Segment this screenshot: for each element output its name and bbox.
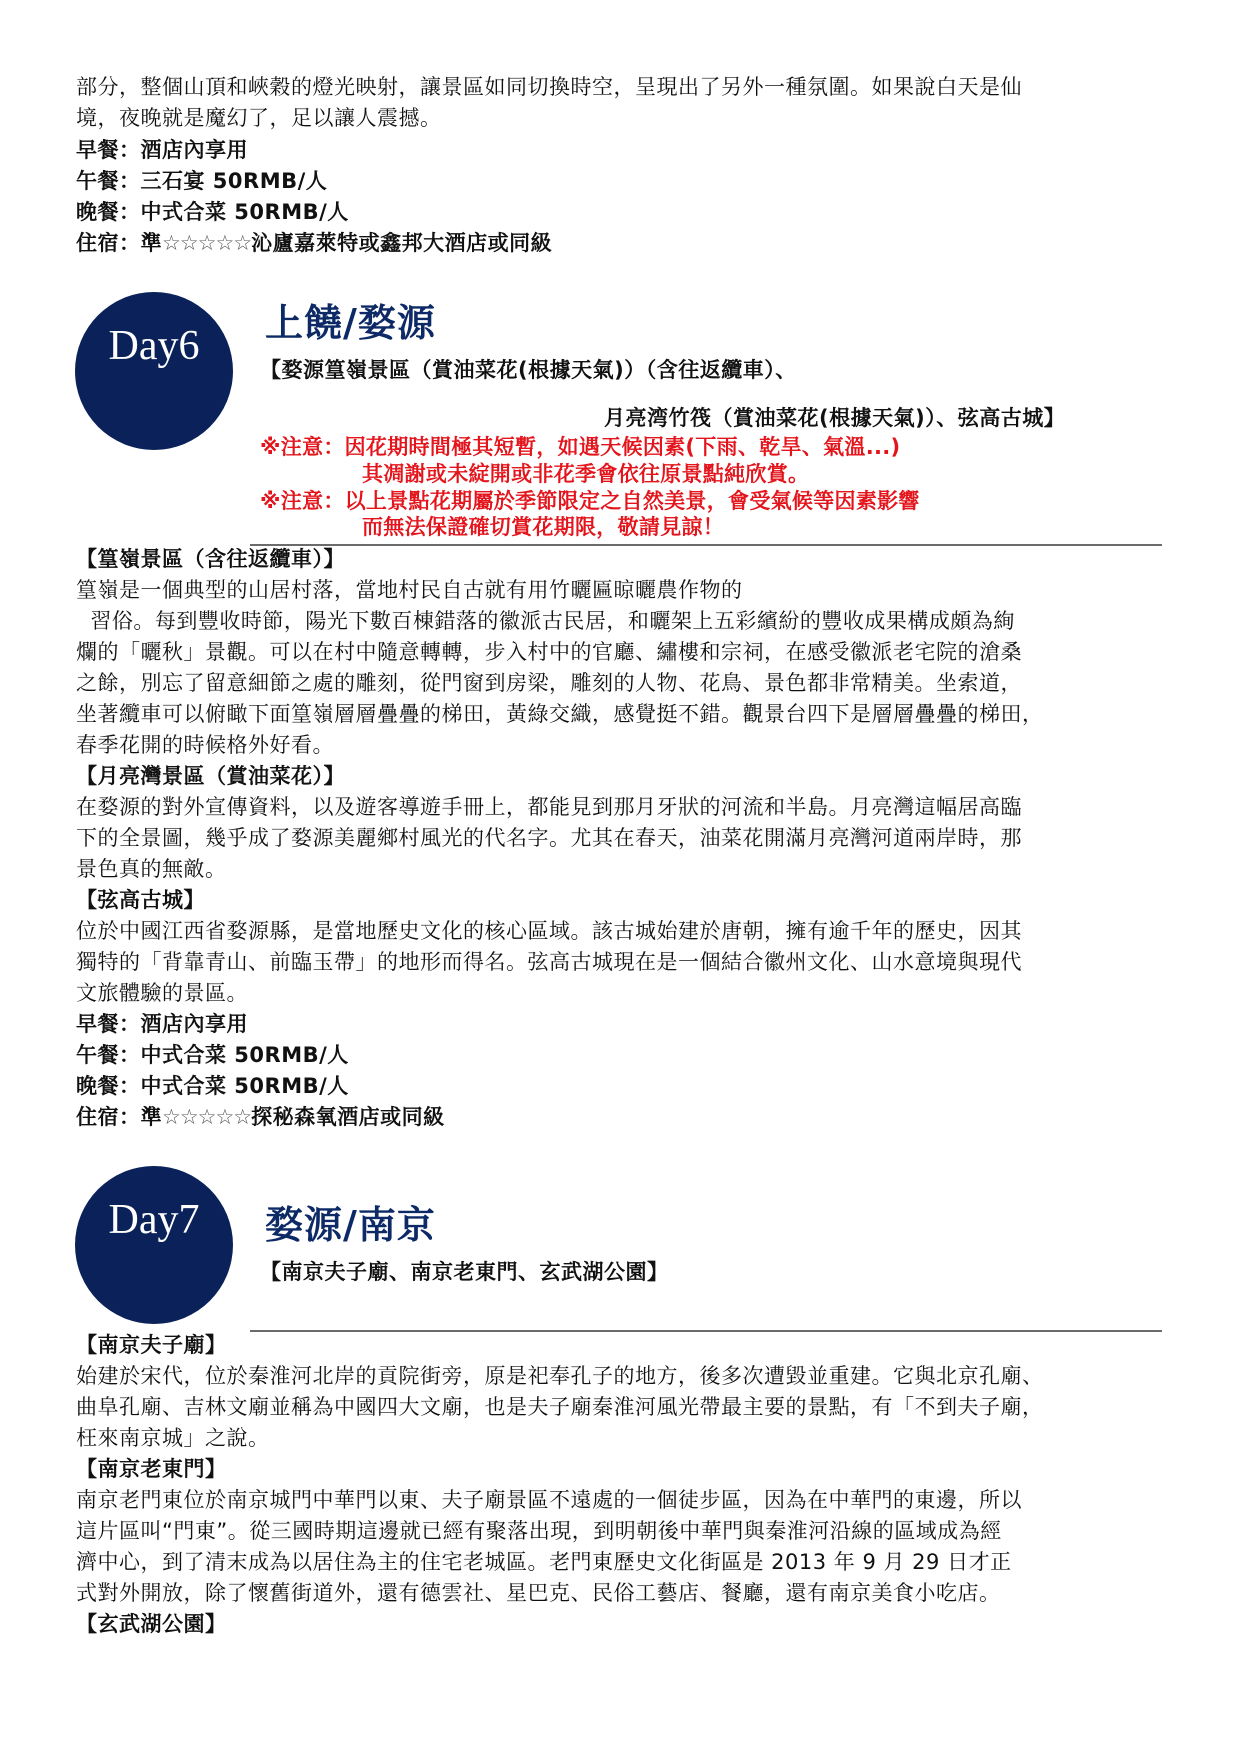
- section-line: 在婺源的對外宣傳資料，以及遊客導遊手冊上，都能見到那月牙狀的河流和半島。月亮灣這…: [76, 792, 1166, 823]
- section-line: 南京老門東位於南京城門中華門以東、夫子廟景區不遠處的一個徒步區，因為在中華門的東…: [76, 1485, 1166, 1516]
- hotel-line: 住宿：準☆☆☆☆☆探秘森氧酒店或同級: [76, 1102, 1166, 1133]
- day6-badge-label: Day6: [75, 322, 233, 370]
- section-line: 坐著纜車可以俯瞰下面篁嶺層層疊疊的梯田，黃綠交織，感覺挺不錯。觀景台四下是層層疊…: [76, 699, 1166, 730]
- section-heading-xuanwu-lake: 【玄武湖公園】: [76, 1609, 1166, 1640]
- day6-subtitle-line-2: 月亮湾竹筏（賞油菜花(根據天氣)）、弦高古城】: [604, 402, 1065, 432]
- section-line: 始建於宋代，位於秦淮河北岸的貢院街旁，原是祀奉孔子的地方，後多次遭毀並重建。它與…: [76, 1361, 1166, 1392]
- intro-line-1: 部分，整個山頂和峽穀的燈光映射，讓景區如同切換時空，呈現出了另外一種氛圍。如果說…: [76, 72, 1166, 103]
- hotel-line: 住宿：準☆☆☆☆☆沁廬嘉萊特或鑫邦大酒店或同級: [76, 228, 1166, 259]
- section-line: 獨特的「背靠青山、前臨玉帶」的地形而得名。弦高古城現在是一個結合徽州文化、山水意…: [76, 947, 1166, 978]
- section-line: 曲阜孔廟、吉林文廟並稱為中國四大文廟，也是夫子廟秦淮河風光帶最主要的景點，有「不…: [76, 1392, 1166, 1423]
- section-line: 濟中心，到了清末成為以居住為主的住宅老城區。老門東歷史文化街區是 2013 年 …: [76, 1547, 1166, 1578]
- day6-notice-1-cont: 其凋謝或未綻開或非花季會依往原景點純欣賞。: [362, 461, 809, 488]
- intro-line-2: 境，夜晚就是魔幻了，足以讓人震撼。: [76, 103, 1166, 134]
- section-line: 之餘，別忘了留意細節之處的雕刻，從門窗到房梁，雕刻的人物、花鳥、景色都非常精美。…: [76, 668, 1166, 699]
- day6-title: 上饒/婺源: [265, 292, 436, 347]
- section-line: 習俗。每到豐收時節，陽光下數百棟錯落的徽派古民居，和曬架上五彩繽紛的豐收成果構成…: [76, 606, 1166, 637]
- breakfast-line: 早餐：酒店內享用: [76, 1009, 1166, 1040]
- star-rating-icon: ☆☆☆☆☆: [162, 231, 251, 255]
- day7-badge-label: Day7: [75, 1196, 233, 1244]
- section-heading-confucius-temple: 【南京夫子廟】: [76, 1330, 1166, 1361]
- day6-subtitle-line-1: 【婺源篁嶺景區（賞油菜花(根據天氣)）（含往返纜車）、: [260, 354, 797, 384]
- day7-subtitle: 【南京夫子廟、南京老東門、玄武湖公園】: [260, 1256, 669, 1286]
- section-line: 爛的「曬秋」景觀。可以在村中隨意轉轉，步入村中的官廳、繡樓和宗祠，在感受徽派老宅…: [76, 637, 1166, 668]
- section-heading-moon-bay: 【月亮灣景區（賞油菜花）】: [76, 761, 1166, 792]
- day6-badge: Day6: [75, 292, 233, 450]
- section-heading-old-east-gate: 【南京老東門】: [76, 1454, 1166, 1485]
- hotel-prefix: 住宿：準: [76, 231, 162, 255]
- lunch-line: 午餐：三石宴 50RMB/人: [76, 166, 1166, 197]
- day7-badge: Day7: [75, 1166, 233, 1324]
- day6-notice-2: ※注意：以上景點花期屬於季節限定之自然美景，會受氣候等因素影響: [260, 488, 920, 515]
- section-line: 枉來南京城」之說。: [76, 1423, 1166, 1454]
- itinerary-page: 部分，整個山頂和峽穀的燈光映射，讓景區如同切換時空，呈現出了另外一種氛圍。如果說…: [0, 0, 1241, 1755]
- section-line: 篁嶺是一個典型的山居村落，當地村民自古就有用竹曬匾晾曬農作物的: [76, 575, 1166, 606]
- section-line: 位於中國江西省婺源縣，是當地歷史文化的核心區域。該古城始建於唐朝，擁有逾千年的歷…: [76, 916, 1166, 947]
- lunch-line: 午餐：中式合菜 50RMB/人: [76, 1040, 1166, 1071]
- hotel-name: 探秘森氧酒店或同級: [251, 1105, 445, 1129]
- section-line: 景色真的無敵。: [76, 854, 1166, 885]
- section-line: 文旅體驗的景區。: [76, 978, 1166, 1009]
- section-heading-xiangao: 【弦高古城】: [76, 885, 1166, 916]
- day6-notice-1: ※注意：因花期時間極其短暫，如遇天候因素(下雨、乾旱、氣溫...): [260, 434, 900, 461]
- hotel-name: 沁廬嘉萊特或鑫邦大酒店或同級: [251, 231, 552, 255]
- dinner-line: 晚餐：中式合菜 50RMB/人: [76, 1071, 1166, 1102]
- dinner-line: 晚餐：中式合菜 50RMB/人: [76, 197, 1166, 228]
- hotel-prefix: 住宿：準: [76, 1105, 162, 1129]
- breakfast-line: 早餐：酒店內享用: [76, 135, 1166, 166]
- section-line: 這片區叫“門東”。從三國時期這邊就已經有聚落出現，到明朝後中華門與秦淮河沿線的區…: [76, 1516, 1166, 1547]
- day6-notice-2-cont: 而無法保證確切賞花期限，敬請見諒！: [362, 514, 724, 541]
- section-line: 下的全景圖，幾乎成了婺源美麗鄉村風光的代名字。尤其在春天，油菜花開滿月亮灣河道兩…: [76, 823, 1166, 854]
- section-line: 式對外開放，除了懷舊街道外，還有德雲社、星巴克、民俗工藝店、餐廳，還有南京美食小…: [76, 1578, 1166, 1609]
- star-rating-icon: ☆☆☆☆☆: [162, 1105, 251, 1129]
- section-line: 春季花開的時候格外好看。: [76, 730, 1166, 761]
- section-heading-huangling: 【篁嶺景區（含往返纜車）】: [76, 544, 1166, 575]
- day7-title: 婺源/南京: [265, 1194, 436, 1249]
